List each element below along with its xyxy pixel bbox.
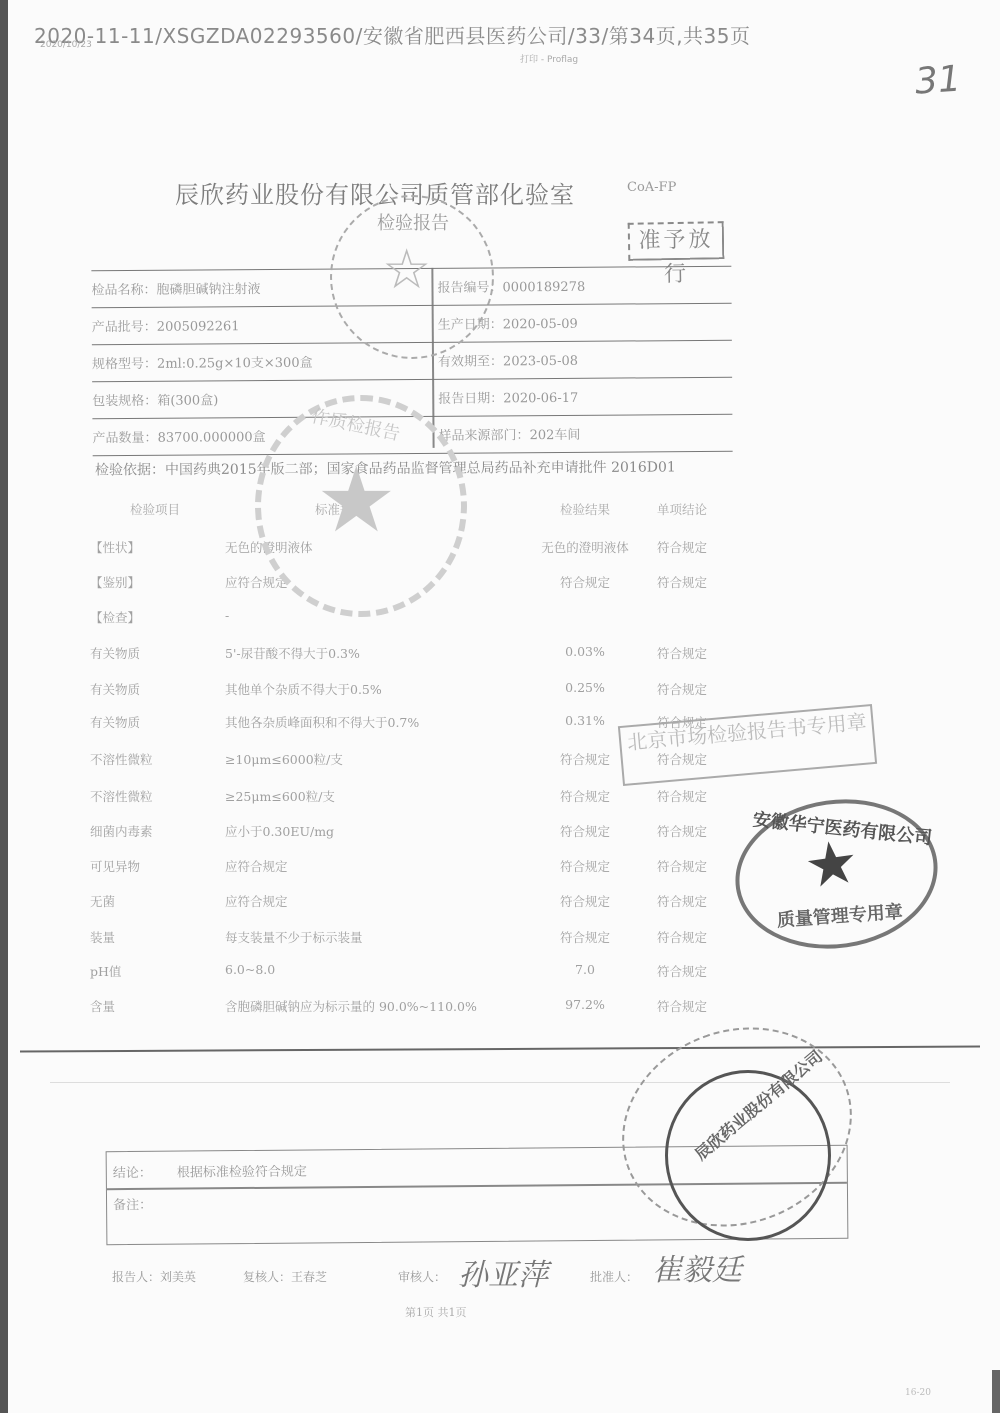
anhui-quality-seal: 安徽华宁医药有限公司 ★ 质量管理专用章 xyxy=(726,787,948,962)
reviewer: 复核人：王春芝 xyxy=(243,1268,327,1285)
remark-label: 备注： xyxy=(113,1194,152,1213)
info-left-cell: 规格型号：2ml:0.25g×10支×300盒 xyxy=(92,352,313,373)
fax-sub-note: 打印 - Proflag xyxy=(520,52,578,65)
handwritten-page-number: 31 xyxy=(914,58,963,102)
test-row: 有关物质5'-尿苷酸不得大于0.3%0.03%符合规定 xyxy=(90,644,750,666)
header-result: 检验结果 xyxy=(530,500,640,518)
test-item: 细菌内毒素 xyxy=(90,822,180,840)
test-standard: 应符合规定 xyxy=(225,892,288,910)
test-standard: 每支装量不少于标示装量 xyxy=(225,928,363,946)
test-item: 含量 xyxy=(90,997,180,1015)
test-conclusion: 符合规定 xyxy=(642,857,722,875)
page-footer: 第1页 共1页 xyxy=(405,1304,467,1320)
test-row: 【鉴别】应符合规定符合规定符合规定 xyxy=(90,573,750,595)
test-row: 不溶性微粒≥25μm≤600粒/支符合规定符合规定 xyxy=(90,787,750,809)
test-standard: 6.0~8.0 xyxy=(225,962,275,977)
test-item: 【检查】 xyxy=(90,608,180,626)
test-conclusion: 符合规定 xyxy=(642,644,722,662)
info-left-cell: 产品批号：2005092261 xyxy=(92,315,240,335)
faint-divider xyxy=(50,1082,950,1083)
test-result: 0.03% xyxy=(530,644,640,659)
doc-code: CoA-FP xyxy=(627,180,676,195)
test-conclusion: 符合规定 xyxy=(642,573,722,591)
product-info-table: 检品名称：胞磷胆碱钠注射液 报告编号：0000189278 产品批号：20050… xyxy=(91,266,732,456)
test-standard: 应小于0.30EU/mg xyxy=(225,822,334,840)
conclusion-divider xyxy=(107,1182,847,1190)
test-result: 符合规定 xyxy=(530,892,640,910)
test-conclusion: 符合规定 xyxy=(642,962,722,980)
test-conclusion: 符合规定 xyxy=(642,928,722,946)
header-standard: 标准规定 xyxy=(315,500,365,518)
test-item: 有关物质 xyxy=(90,644,180,662)
test-item: 有关物质 xyxy=(90,680,180,698)
test-row: 【性状】无色的澄明液体无色的澄明液体符合规定 xyxy=(90,538,750,560)
test-result: 符合规定 xyxy=(530,822,640,840)
test-item: pH值 xyxy=(90,962,180,980)
test-item: 装量 xyxy=(90,928,180,946)
header-conclusion: 单项结论 xyxy=(642,500,722,518)
test-conclusion: 符合规定 xyxy=(642,822,722,840)
info-row: 检品名称：胞磷胆碱钠注射液 报告编号：0000189278 xyxy=(91,266,731,307)
test-row: 【检查】- xyxy=(90,608,750,630)
test-item: 不溶性微粒 xyxy=(90,750,180,768)
test-standard: - xyxy=(225,608,229,623)
auditor-signature: 孙亚萍 xyxy=(458,1250,548,1294)
info-right-cell: 样品来源部门：202车间 xyxy=(438,424,580,444)
test-row: 含量含胞磷胆碱钠应为标示量的 90.0%~110.0%97.2%符合规定 xyxy=(90,997,750,1019)
info-right-cell: 报告编号：0000189278 xyxy=(437,276,585,296)
scan-edge-right xyxy=(992,1370,1000,1413)
test-conclusion: 符合规定 xyxy=(642,787,722,805)
approver-label: 批准人： xyxy=(590,1268,638,1285)
test-header-row: 检验项目 标准规定 检验结果 单项结论 xyxy=(90,500,750,522)
test-row: 可见异物应符合规定符合规定符合规定 xyxy=(90,857,750,879)
fax-header: 2020-11-11/XSGZDA02293560/安徽省肥西县医药公司/33/… xyxy=(34,20,751,49)
test-item: 【性状】 xyxy=(90,538,180,556)
test-row: pH值6.0~8.07.0符合规定 xyxy=(90,962,750,984)
test-standard: ≥10μm≤6000粒/支 xyxy=(225,750,343,768)
corner-code: 16-20 xyxy=(905,1388,931,1398)
test-result: 符合规定 xyxy=(530,573,640,591)
info-right-cell: 报告日期：2020-06-17 xyxy=(438,387,578,407)
test-result: 7.0 xyxy=(530,962,640,977)
test-item: 不溶性微粒 xyxy=(90,787,180,805)
test-row: 无菌应符合规定符合规定符合规定 xyxy=(90,892,750,914)
test-result: 符合规定 xyxy=(530,787,640,805)
lab-title: 辰欣药业股份有限公司质管部化验室 xyxy=(175,175,575,210)
test-conclusion: 符合规定 xyxy=(642,538,722,556)
section-divider xyxy=(20,1045,980,1052)
test-conclusion: 符合规定 xyxy=(642,892,722,910)
approver-signature: 崔毅廷 xyxy=(652,1245,742,1289)
test-standard: 应符合规定 xyxy=(225,857,288,875)
info-row: 产品批号：2005092261 生产日期：2020-05-09 xyxy=(92,303,732,344)
test-result: 97.2% xyxy=(530,997,640,1012)
test-row: 细菌内毒素应小于0.30EU/mg符合规定符合规定 xyxy=(90,822,750,844)
reporter: 报告人：刘美英 xyxy=(112,1268,196,1285)
test-conclusion: 符合规定 xyxy=(642,997,722,1015)
test-standard: 无色的澄明液体 xyxy=(225,538,313,556)
test-row: 装量每支装量不少于标示装量符合规定符合规定 xyxy=(90,928,750,950)
info-left-cell: 检品名称：胞磷胆碱钠注射液 xyxy=(91,278,260,298)
info-right-cell: 生产日期：2020-05-09 xyxy=(438,313,578,333)
header-item: 检验项目 xyxy=(130,500,220,518)
conclusion-box: 结论： 根据标准检验符合规定 备注： xyxy=(106,1145,849,1245)
test-standard: 应符合规定 xyxy=(225,573,288,591)
test-row: 有关物质其他单个杂质不得大于0.5%0.25%符合规定 xyxy=(90,680,750,702)
test-result: 0.25% xyxy=(530,680,640,695)
test-standard: 5'-尿苷酸不得大于0.3% xyxy=(225,644,360,662)
test-standard: ≥25μm≤600粒/支 xyxy=(225,787,335,805)
info-left-cell: 产品数量：83700.000000盒 xyxy=(92,426,265,446)
test-item: 可见异物 xyxy=(90,857,180,875)
fax-sub-date: 2020/10/23 xyxy=(40,40,92,50)
test-item: 有关物质 xyxy=(90,713,180,731)
test-standard: 其他各杂质峰面积和不得大于0.7% xyxy=(225,713,419,731)
info-row: 包装规格：箱(300盒) 报告日期：2020-06-17 xyxy=(92,377,732,418)
info-row: 规格型号：2ml:0.25g×10支×300盒 有效期至：2023-05-08 xyxy=(92,340,732,381)
auditor-label: 审核人： xyxy=(398,1268,446,1285)
release-stamp: 准予放行 xyxy=(628,221,725,261)
info-row: 产品数量：83700.000000盒 样品来源部门：202车间 xyxy=(92,414,732,456)
test-basis: 检验依据：中国药典2015年版二部；国家食品药品监督管理总局药品补充申请批件 2… xyxy=(95,456,676,479)
test-standard: 含胞磷胆碱钠应为标示量的 90.0%~110.0% xyxy=(225,997,477,1015)
test-standard: 其他单个杂质不得大于0.5% xyxy=(225,680,382,698)
info-left-cell: 包装规格：箱(300盒) xyxy=(92,389,218,409)
test-result: 无色的澄明液体 xyxy=(530,538,640,556)
conclusion-text: 根据标准检验符合规定 xyxy=(177,1160,307,1180)
test-item: 【鉴别】 xyxy=(90,573,180,591)
conclusion-label: 结论： xyxy=(113,1162,152,1181)
test-conclusion: 符合规定 xyxy=(642,680,722,698)
seal-star-icon: ★ xyxy=(801,831,863,898)
test-item: 无菌 xyxy=(90,892,180,910)
test-result: 符合规定 xyxy=(530,928,640,946)
info-right-cell: 有效期至：2023-05-08 xyxy=(438,350,578,370)
scan-edge-left xyxy=(0,0,8,1413)
test-result: 符合规定 xyxy=(530,857,640,875)
